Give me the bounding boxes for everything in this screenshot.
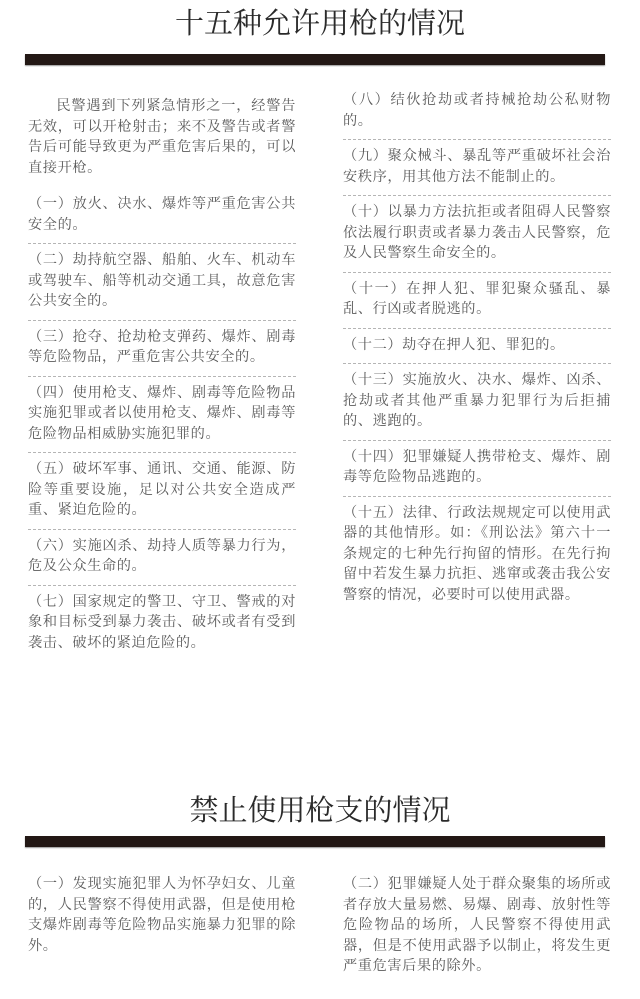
list-item: （九）聚众械斗、暴乱等严重破坏社会治安秩序，用其他方法不能制止的。 — [343, 140, 611, 196]
section-title-prohibited: 禁止使用枪支的情况 — [0, 788, 640, 832]
list-item: （七）国家规定的警卫、守卫、警戒的对象和目标受到暴力袭击、破坏或者有受到袭击、破… — [28, 586, 296, 662]
section-title-permitted: 十五种允许用枪的情况 — [0, 0, 640, 46]
list-item: （五）破坏军事、通讯、交通、能源、防险等重要设施，足以对公共安全造成严重、紧迫危… — [28, 453, 296, 530]
list-item: （一）放火、决水、爆炸等严重危害公共安全的。 — [28, 188, 296, 244]
title-underline-bar — [25, 54, 605, 65]
permitted-left-column: 民警遇到下列紧急情形之一，经警告无效，可以开枪射击；来不及警告或者警告后可能导致… — [28, 96, 296, 661]
prohibited-left-column: （一）发现实施犯罪人为怀孕妇女、儿童的，人民警察不得使用武器，但是使用枪支爆炸剧… — [28, 874, 296, 964]
list-item: （四）使用枪支、爆炸、剧毒等危险物品实施犯罪或者以使用枪支、爆炸、剧毒等危险物品… — [28, 377, 296, 454]
list-item: （十五）法律、行政法规规定可以使用武器的其他情形。如：《刑讼法》第六十一条规定的… — [343, 497, 611, 614]
list-item: （十三）实施放火、决水、爆炸、凶杀、抢劫或者其他严重暴力犯罪行为后拒捕的、逃跑的… — [343, 364, 611, 441]
permitted-right-column: （八）结伙抢劫或者持械抢劫公私财物的。 （九）聚众械斗、暴乱等严重破坏社会治安秩… — [343, 90, 611, 613]
list-item: （二）犯罪嫌疑人处于群众聚集的场所或者存放大量易燃、易爆、剧毒、放射性等危险物品… — [343, 874, 611, 985]
title-underline-bar — [25, 836, 605, 847]
list-item: （三）抢夺、抢劫枪支弹药、爆炸、剧毒等危险物品，严重危害公共安全的。 — [28, 321, 296, 377]
list-item: （十）以暴力方法抗拒或者阻碍人民警察依法履行职责或者暴力袭击人民警察，危及人民警… — [343, 196, 611, 273]
list-item: （十二）劫夺在押人犯、罪犯的。 — [343, 329, 611, 365]
list-item: （一）发现实施犯罪人为怀孕妇女、儿童的，人民警察不得使用武器，但是使用枪支爆炸剧… — [28, 874, 296, 964]
intro-paragraph: 民警遇到下列紧急情形之一，经警告无效，可以开枪射击；来不及警告或者警告后可能导致… — [28, 96, 296, 188]
prohibited-right-column: （二）犯罪嫌疑人处于群众聚集的场所或者存放大量易燃、易爆、剧毒、放射性等危险物品… — [343, 874, 611, 985]
list-item: （二）劫持航空器、船舶、火车、机动车或驾驶车、船等机动交通工具，故意危害公共安全… — [28, 244, 296, 321]
list-item: （六）实施凶杀、劫持人质等暴力行为，危及公众生命的。 — [28, 530, 296, 586]
list-item: （八）结伙抢劫或者持械抢劫公私财物的。 — [343, 90, 611, 140]
list-item: （十一）在押人犯、罪犯聚众骚乱、暴乱、行凶或者脱逃的。 — [343, 273, 611, 329]
list-item: （十四）犯罪嫌疑人携带枪支、爆炸、剧毒等危险物品逃跑的。 — [343, 441, 611, 497]
